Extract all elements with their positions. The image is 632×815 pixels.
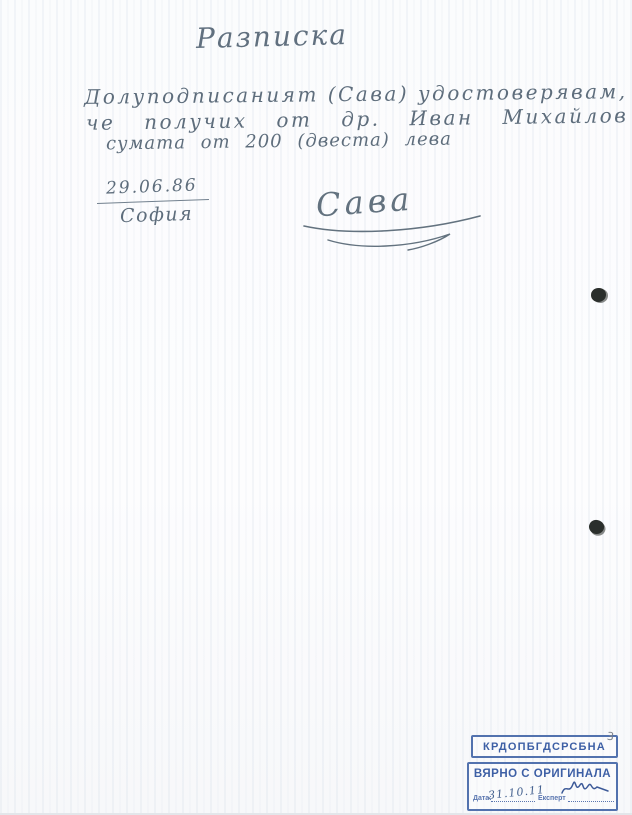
certification-stamp: ВЯРНО С ОРИГИНАЛА Дата: 31.10.11 Експерт [467, 762, 618, 811]
punch-hole-bottom [587, 517, 607, 536]
stamp-fields-row: Дата: 31.10.11 Експерт [472, 782, 613, 806]
punch-hole-top [591, 288, 606, 302]
receipt-title: Разписка [196, 18, 349, 55]
receipt-body-line-3: сумата от 200 (двеста) лева [106, 129, 452, 155]
receipt-city: София [120, 203, 194, 228]
signature-flourish [300, 210, 485, 256]
stamp-date-dotted-line [491, 801, 535, 802]
scanned-receipt-page: Разписка Долуподписаният (Сава) удостове… [0, 0, 632, 815]
receipt-date: 29.06.86 [106, 175, 198, 198]
archive-code-text: КРДОПБГДСРСБНА [483, 741, 606, 753]
expert-signature-scrawl [560, 777, 612, 804]
archive-code-stamp: КРДОПБГДСРСБНА [471, 735, 618, 758]
stamp-date-handwritten: 31.10.11 [487, 783, 545, 802]
